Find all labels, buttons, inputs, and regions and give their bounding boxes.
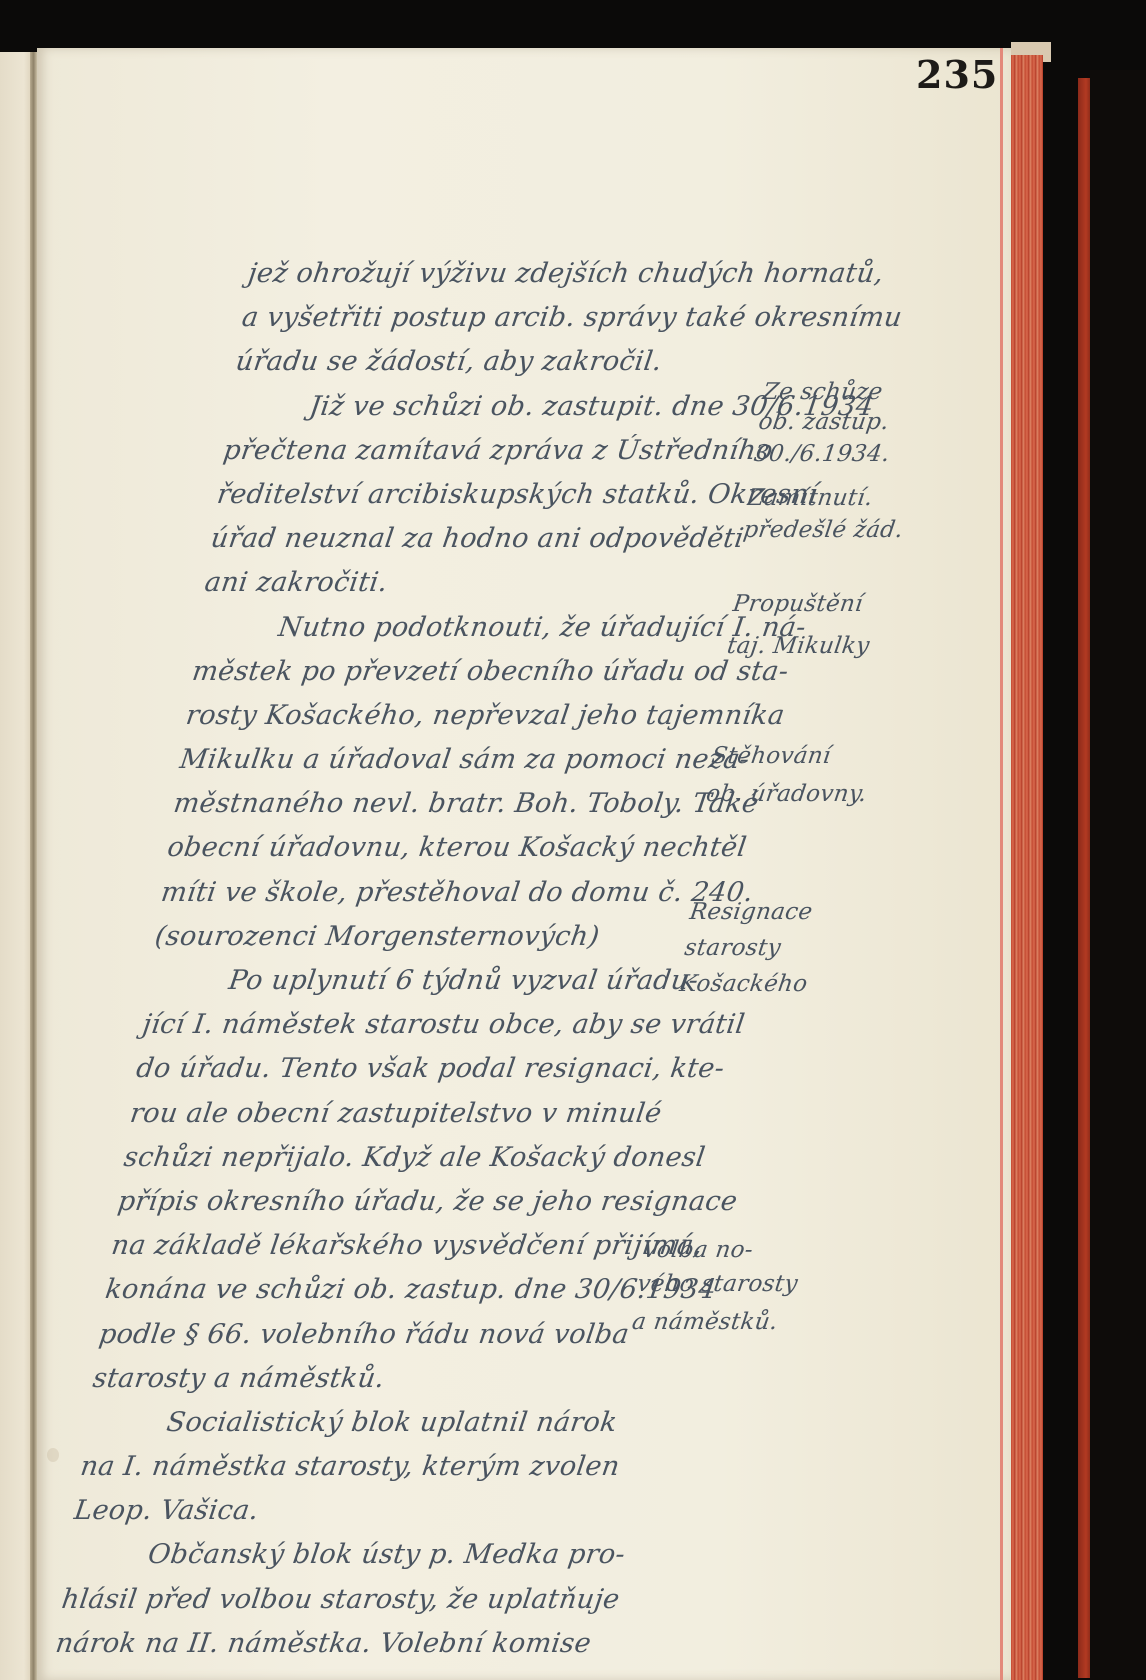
book-cover-back bbox=[1090, 70, 1146, 1680]
text-line: přípis okresního úřadu, že se jeho resig… bbox=[115, 1180, 781, 1224]
text-line: Občanský blok ústy p. Medka pro- bbox=[65, 1533, 731, 1577]
text-line: rosty Košackého, nepřevzal jeho tajemník… bbox=[183, 694, 849, 738]
margin-note-line: Košackého bbox=[678, 970, 810, 998]
text-line: rou ale obecní zastupitelstvo v minulé bbox=[127, 1092, 793, 1136]
text-line: schůzi nepřijalo. Když ale Košacký dones… bbox=[121, 1136, 787, 1180]
margin-note-line: taj. Mikulky bbox=[725, 632, 871, 660]
margin-note-line: starosty bbox=[683, 934, 783, 962]
text-line: Socialistický blok uplatnil nárok bbox=[84, 1401, 750, 1445]
page-number: 235 bbox=[916, 52, 998, 97]
red-page-edges bbox=[1011, 55, 1043, 1680]
text-line: do úřadu. Tento však podal resignaci, kt… bbox=[133, 1047, 799, 1091]
book-gutter bbox=[30, 52, 37, 1680]
margin-note-line: a náměstků. bbox=[630, 1308, 779, 1336]
margin-note-line: Ze schůze bbox=[761, 378, 885, 406]
text-line: Leop. Vašica. bbox=[71, 1489, 737, 1533]
text-line: nárok na II. náměstka. Volební komise bbox=[53, 1622, 719, 1666]
margin-note-line: Resignace bbox=[688, 898, 814, 926]
margin-note-line: ob. úřadovny. bbox=[704, 780, 868, 808]
text-line: starosty a náměstků. bbox=[90, 1357, 756, 1401]
red-margin-rule bbox=[1000, 48, 1003, 1680]
margin-note-line: Zamítnutí. bbox=[746, 484, 875, 512]
text-line: jež ohrožují výživu zdejších chudých hor… bbox=[245, 252, 911, 296]
previous-page-edge bbox=[0, 52, 34, 1680]
text-line: hlásil před volbou starosty, že uplatňuj… bbox=[59, 1578, 725, 1622]
margin-note-line: Volba no- bbox=[640, 1236, 755, 1264]
text-line: jící I. náměstek starostu obce, aby se v… bbox=[140, 1003, 806, 1047]
margin-note-line: vého starosty bbox=[636, 1270, 800, 1298]
margin-note-line: Stěhování bbox=[710, 742, 833, 770]
margin-note-line: Propuštění bbox=[731, 590, 865, 618]
margin-note-line: ob. zastup. bbox=[757, 408, 891, 436]
text-line: a vyšetřiti postup arcib. správy také ok… bbox=[239, 296, 905, 340]
text-line: na I. náměstka starosty, kterým zvolen bbox=[77, 1445, 743, 1489]
margin-note-line: 30./6.1934. bbox=[752, 440, 891, 468]
margin-note-line: předešlé žád. bbox=[742, 516, 905, 544]
text-line: obecní úřadovnu, kterou Košacký nechtěl bbox=[164, 826, 830, 870]
